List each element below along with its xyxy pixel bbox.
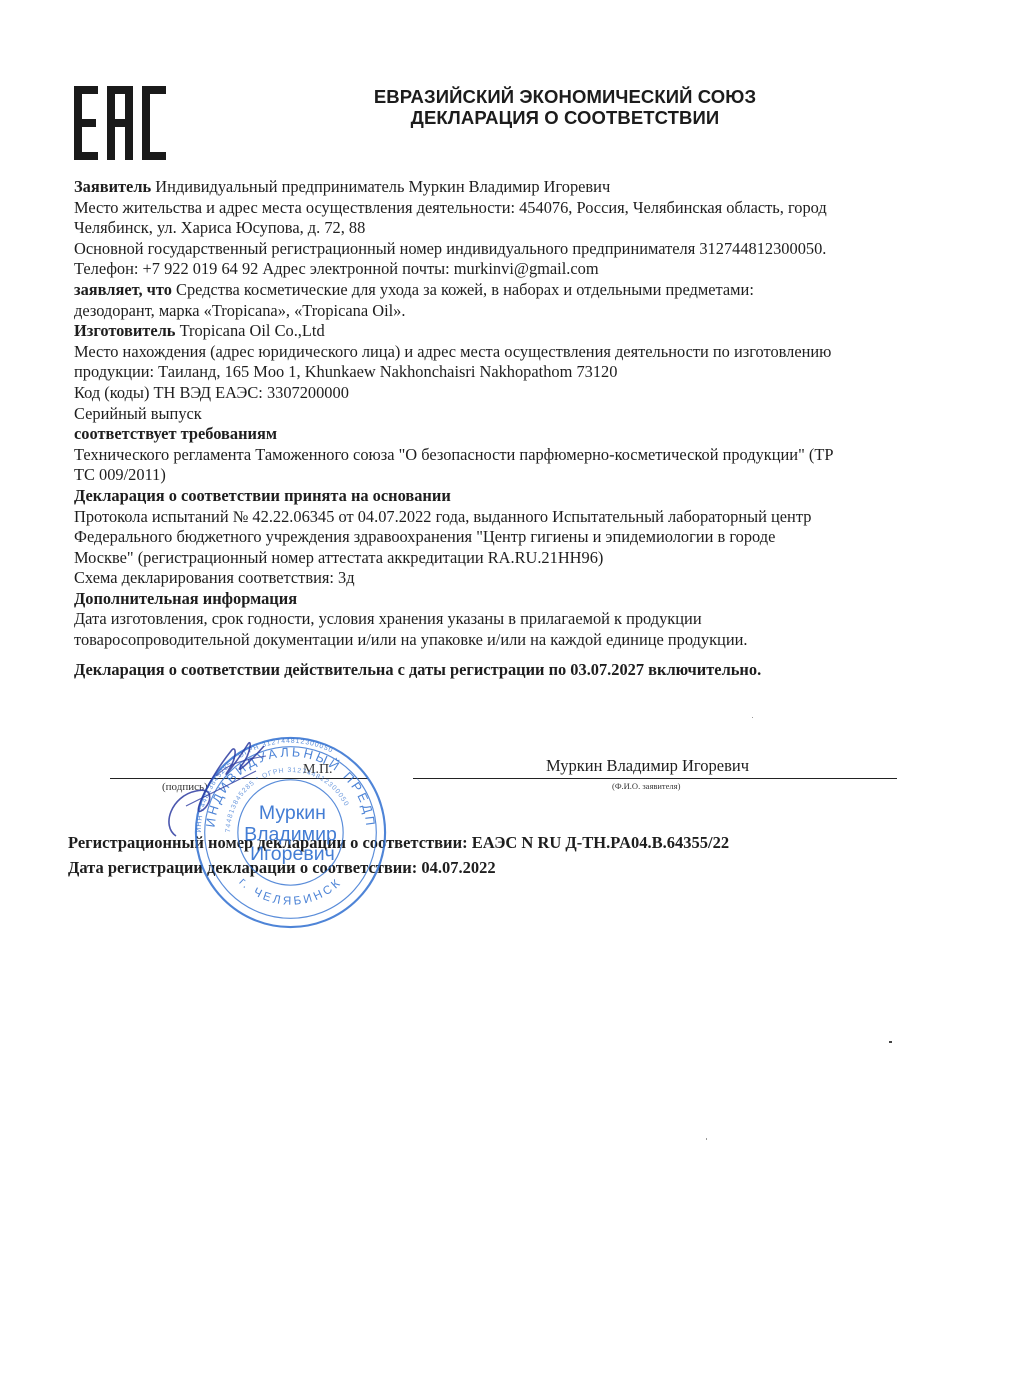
basis-line2: Федерального бюджетного учреждения здрав… [74, 527, 904, 548]
seal-mark: М.П. [303, 762, 333, 778]
manufacturer-row: Изготовитель Tropicana Oil Co.,Ltd [74, 321, 904, 342]
basis-label-text: Декларация о соответствии принята на осн… [74, 486, 451, 505]
tn-ved-code: Код (коды) ТН ВЭД ЕАЭС: 3307200000 [74, 383, 904, 404]
svg-text:г. ЧЕЛЯБИНСК: г. ЧЕЛЯБИНСК [236, 875, 344, 908]
requirements-label-text: соответствует требованиям [74, 424, 277, 443]
additional-label: Дополнительная информация [74, 589, 904, 610]
registration-block: Регистрационный номер декларации о соотв… [68, 830, 729, 880]
declares-value-line2: дезодорант, марка «Tropicana», «Tropican… [74, 301, 904, 322]
declaration-body: Заявитель Индивидуальный предприниматель… [74, 177, 904, 680]
svg-text:ИНН 744813845285 * ОГРН 312744: ИНН 744813845285 * ОГРН 312744812300050 [196, 738, 335, 833]
release-type: Серийный выпуск [74, 404, 904, 425]
additional-line1: Дата изготовления, срок годности, услови… [74, 609, 904, 630]
basis-line1: Протокола испытаний № 42.22.06345 от 04.… [74, 507, 904, 528]
registration-number: Регистрационный номер декларации о соотв… [68, 830, 729, 855]
manufacturer-label: Изготовитель [74, 321, 175, 340]
name-caption: (Ф.И.О. заявителя) [612, 781, 680, 791]
registration-date: Дата регистрации декларации о соответств… [68, 855, 729, 880]
svg-text:Муркин: Муркин [259, 802, 326, 824]
applicant-full-name: Муркин Владимир Игоревич [546, 756, 749, 776]
declares-value: Средства косметические для ухода за коже… [172, 280, 754, 299]
applicant-contacts: Телефон: +7 922 019 64 92 Адрес электрон… [74, 259, 904, 280]
validity-statement: Декларация о соответствии действительна … [74, 660, 904, 681]
applicant-address-line1: Место жительства и адрес места осуществл… [74, 198, 904, 219]
applicant-value: Индивидуальный предприниматель Муркин Вл… [151, 177, 610, 196]
manufacturer-value: Tropicana Oil Co.,Ltd [175, 321, 324, 340]
eac-logo [74, 86, 166, 160]
scan-speck [706, 1138, 707, 1140]
requirements-line1: Технического регламента Таможенного союз… [74, 445, 904, 466]
requirements-label: соответствует требованиям [74, 424, 904, 445]
scan-speck [889, 1041, 892, 1043]
eac-mark-icon [74, 86, 166, 160]
additional-line2: товаросопроводительной документации и/ил… [74, 630, 904, 651]
union-title: ЕВРАЗИЙСКИЙ ЭКОНОМИЧЕСКИЙ СОЮЗ [330, 86, 800, 107]
requirements-line2: ТС 009/2011) [74, 465, 904, 486]
applicant-row: Заявитель Индивидуальный предприниматель… [74, 177, 904, 198]
declaration-scheme: Схема декларирования соответствия: 3д [74, 568, 904, 589]
svg-text:ИНДИВИДУАЛЬНЫЙ ПРЕДПРИНИМАТЕЛЬ: ИНДИВИДУАЛЬНЫЙ ПРЕДПРИНИМАТЕЛЬ [193, 735, 378, 829]
scan-speck [752, 717, 753, 718]
manufacturer-address-line2: продукции: Таиланд, 165 Moo 1, Khunkaew … [74, 362, 904, 383]
applicant-label: Заявитель [74, 177, 151, 196]
document-header: ЕВРАЗИЙСКИЙ ЭКОНОМИЧЕСКИЙ СОЮЗ ДЕКЛАРАЦИ… [330, 86, 800, 128]
document-title: ДЕКЛАРАЦИЯ О СООТВЕТСТВИИ [330, 107, 800, 128]
declares-row: заявляет, что Средства косметические для… [74, 280, 904, 301]
applicant-ogrnip: Основной государственный регистрационный… [74, 239, 904, 260]
applicant-address-line2: Челябинск, ул. Хариса Юсупова, д. 72, 88 [74, 218, 904, 239]
basis-label: Декларация о соответствии принята на осн… [74, 486, 904, 507]
basis-line3: Москве" (регистрационный номер аттестата… [74, 548, 904, 569]
manufacturer-address-line1: Место нахождения (адрес юридического лиц… [74, 342, 904, 363]
declares-label: заявляет, что [74, 280, 172, 299]
signature-line [110, 778, 368, 779]
name-line [413, 778, 897, 779]
signature-caption: (подпись) [162, 781, 208, 793]
additional-label-text: Дополнительная информация [74, 589, 297, 608]
